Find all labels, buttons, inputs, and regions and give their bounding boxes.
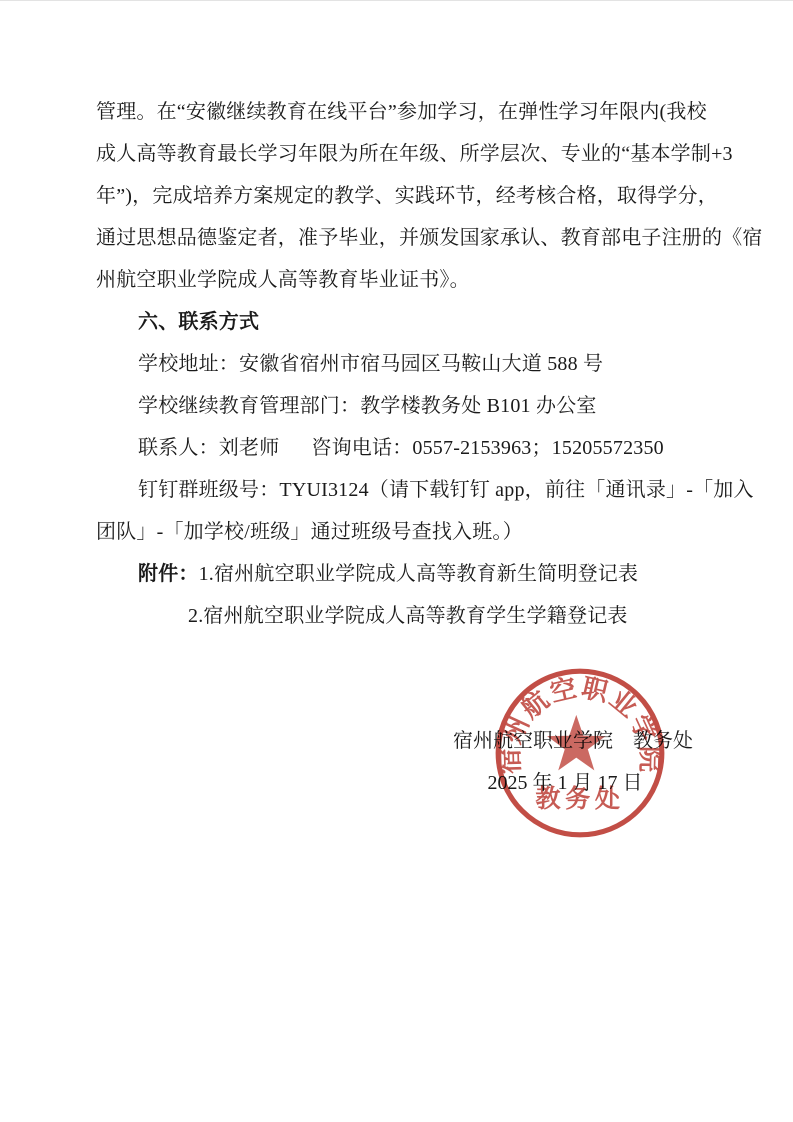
dingtalk-line: 团队」-「加学校/班级」通过班级号查找入班。） (96, 511, 714, 553)
paragraph-line: 管理。在“安徽继续教育在线平台”参加学习，在弹性学习年限内(我校 (96, 91, 714, 133)
attachment-item: 1.宿州航空职业学院成人高等教育新生简明登记表 (199, 563, 639, 585)
paragraph-line: 通过思想品德鉴定者，准予毕业，并颁发国家承认、教育部电子注册的《宿 (96, 217, 714, 259)
dingtalk-line: 钉钉群班级号：TYUI3124（请下载钉钉 app，前往「通讯录」-「加入 (96, 469, 714, 511)
paragraph-line: 州航空职业学院成人高等教育毕业证书》。 (96, 259, 714, 301)
contact-phone: 咨询电话：0557-2153963；15205572350 (311, 437, 663, 459)
attachment-item: 2.宿州航空职业学院成人高等教育学生学籍登记表 (188, 605, 628, 627)
section-heading: 六、联系方式 (96, 301, 714, 343)
contact-person: 联系人：刘老师 (138, 437, 279, 459)
document-page: 管理。在“安徽继续教育在线平台”参加学习，在弹性学习年限内(我校 成人高等教育最… (0, 0, 793, 1122)
seal-bottom-text: 教务处 (535, 784, 624, 813)
attachment-label: 附件： (138, 563, 199, 585)
paragraph-line: 年”)，完成培养方案规定的教学、实践环节，经考核合格，取得学分， (96, 175, 714, 217)
paragraph-line: 成人高等教育最长学习年限为所在年级、所学层次、专业的“基本学制+3 (96, 133, 714, 175)
contact-line: 联系人：刘老师咨询电话：0557-2153963；15205572350 (96, 427, 714, 469)
attachment-line: 附件：1.宿州航空职业学院成人高等教育新生简明登记表 (96, 553, 714, 595)
attachment-line: 2.宿州航空职业学院成人高等教育学生学籍登记表 (96, 595, 714, 637)
document-body: 管理。在“安徽继续教育在线平台”参加学习，在弹性学习年限内(我校 成人高等教育最… (96, 91, 714, 637)
star-icon (547, 715, 605, 771)
department-line: 学校继续教育管理部门：教学楼教务处 B101 办公室 (96, 385, 714, 427)
address-line: 学校地址：安徽省宿州市宿马园区马鞍山大道 588 号 (96, 343, 714, 385)
seal-graphic: 宿州航空职业学院 教务处 (487, 660, 673, 846)
official-seal-stamp: 宿州航空职业学院 教务处 (487, 660, 673, 846)
